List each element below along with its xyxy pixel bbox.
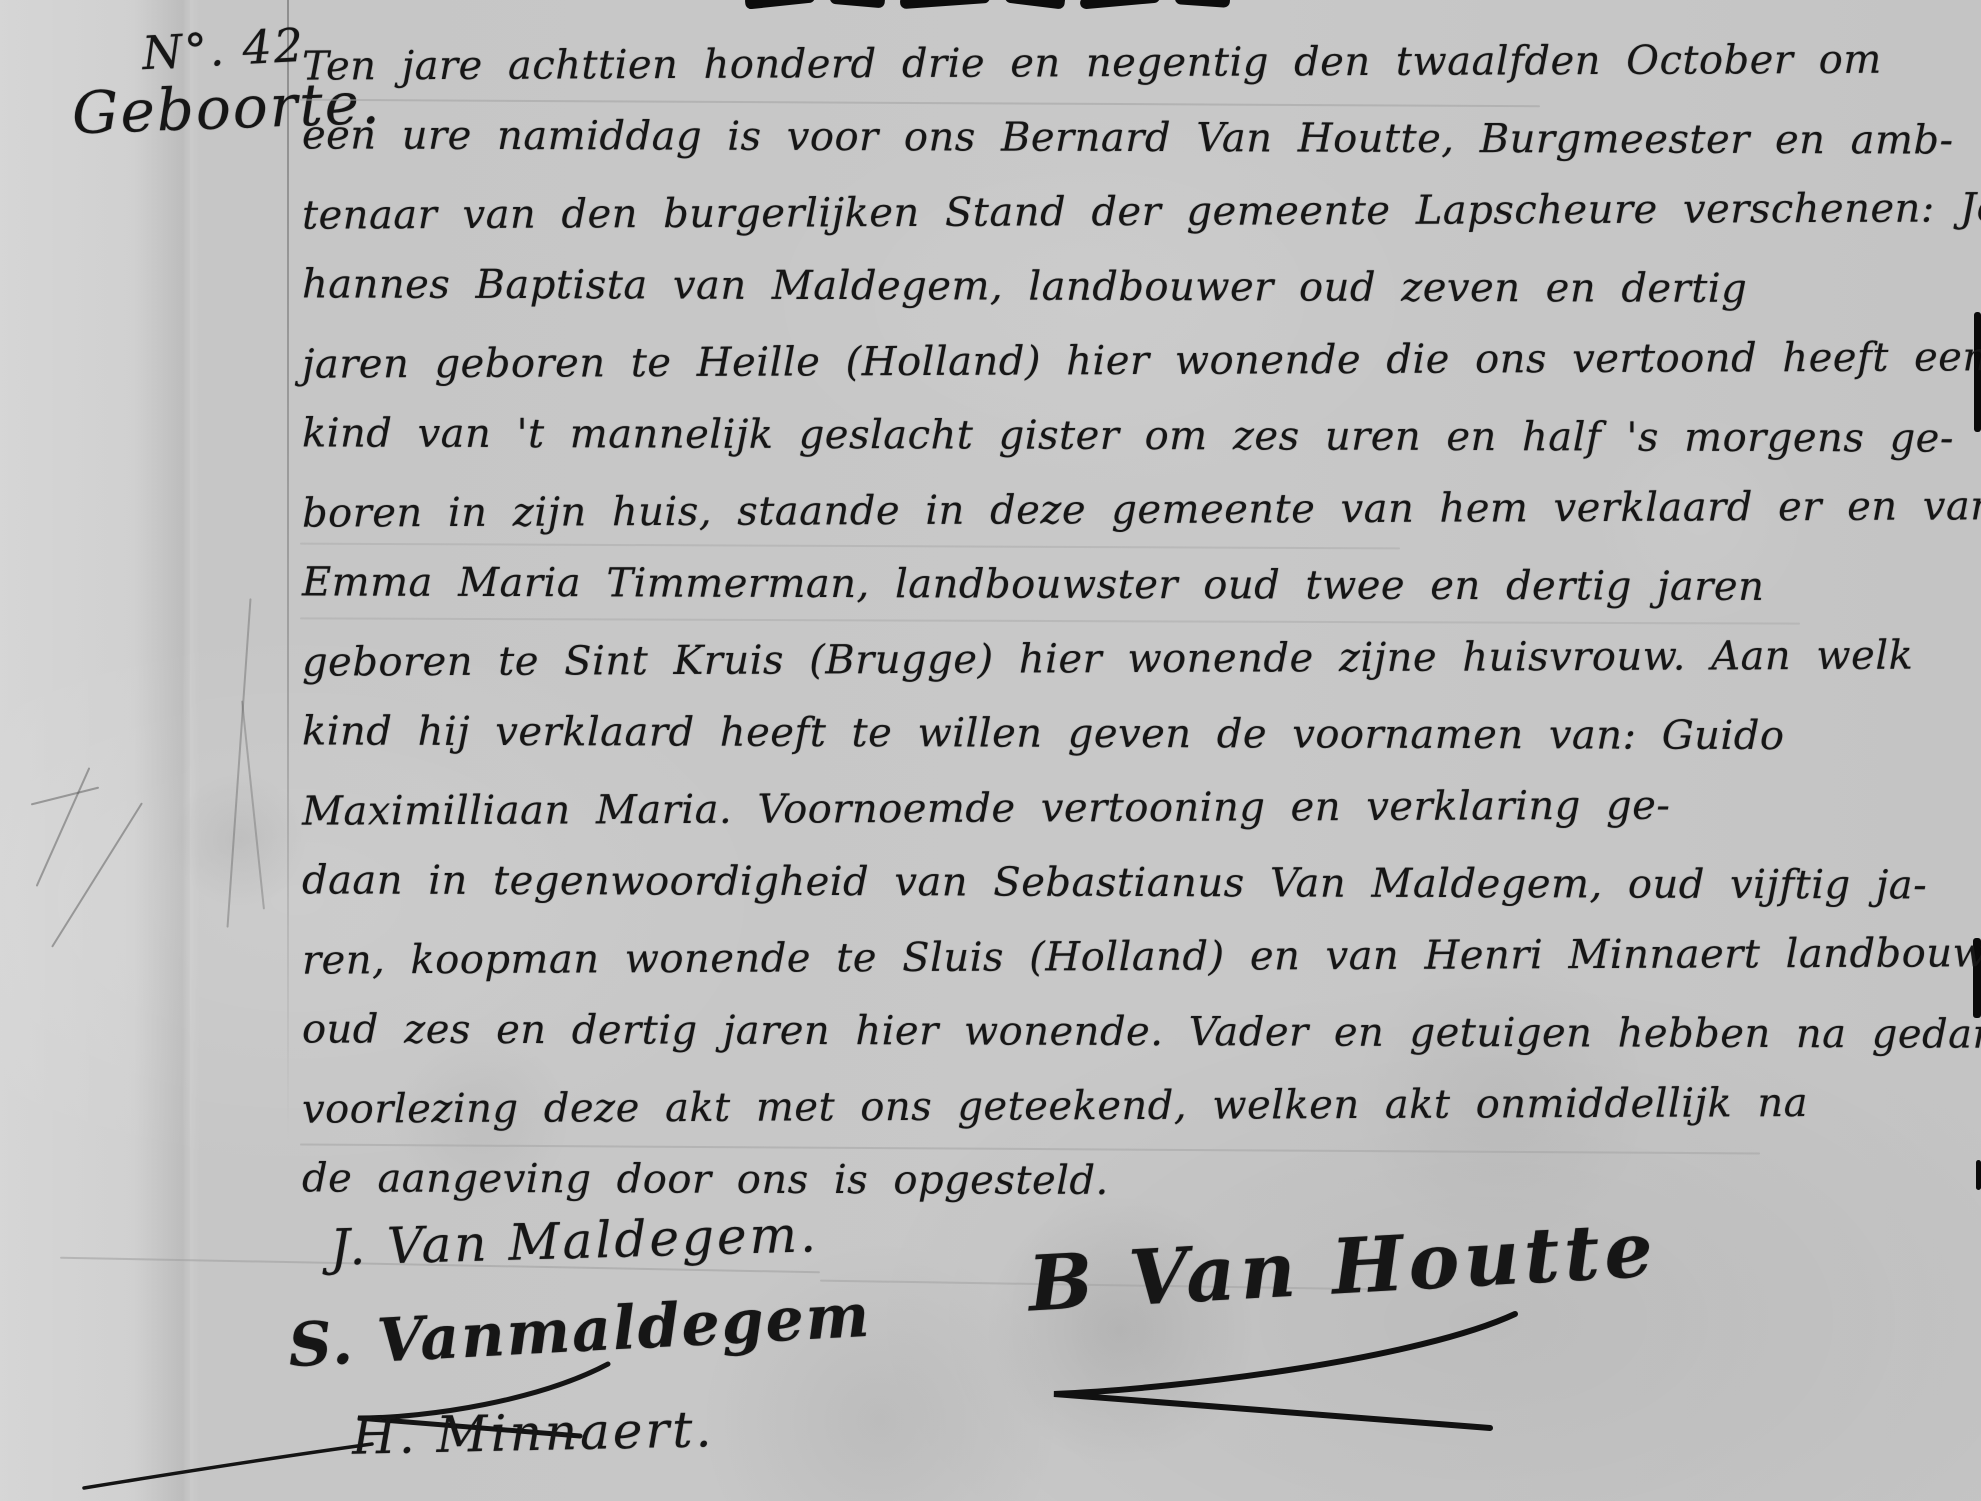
signature-father: J. Van Maldegem. [329, 1205, 819, 1277]
signature-witness-1: S. Vanmaldegem [287, 1281, 873, 1381]
margin-rule-line [287, 0, 289, 1140]
act-number: N°. 42 [141, 18, 307, 80]
body-line: oud zes en dertig jaren hier wonende. Va… [302, 992, 1974, 1072]
body-line: geboren te Sint Kruis (Brugge) hier wone… [302, 618, 1974, 700]
clipped-text-top-edge [735, 0, 1255, 18]
signature-officer: B Van Houtte [1026, 1204, 1660, 1328]
body-line: tenaar van den burgerlijken Stand der ge… [302, 171, 1974, 253]
body-line: voorlezing deze akt met ons geteekend, w… [302, 1065, 1974, 1147]
scanned-birth-record-page: N°. 42 Geboorte. Ten jare achttien honde… [0, 0, 1981, 1501]
body-line: jaren geboren te Heille (Holland) hier w… [302, 320, 1974, 402]
body-line: kind van 't mannelijk geslacht gister om… [302, 396, 1974, 476]
page-left-edge-shading [0, 0, 190, 1501]
body-line: Maximilliaan Maria. Voornoemde vertoonin… [302, 767, 1974, 849]
body-line: hannes Baptista van Maldegem, landbouwer… [302, 247, 1974, 327]
body-line: ren, koopman wonende te Sluis (Holland) … [302, 916, 1974, 998]
pencil-scratch [241, 700, 265, 909]
body-line: een ure namiddag is voor ons Bernard Van… [302, 98, 1974, 178]
body-line: Ten jare achttien honderd drie en negent… [302, 22, 1974, 104]
body-line: boren in zijn huis, staande in deze geme… [302, 469, 1974, 551]
body-line: daan in tegenwoordigheid van Sebastianus… [302, 843, 1974, 923]
body-line: Emma Maria Timmerman, landbouwster oud t… [302, 545, 1974, 625]
body-line: kind hij verklaard heeft te willen geven… [302, 694, 1974, 774]
signature-witness-2: H. Minnaert. [351, 1400, 714, 1466]
scan-edge-artifact [1976, 1160, 1981, 1190]
